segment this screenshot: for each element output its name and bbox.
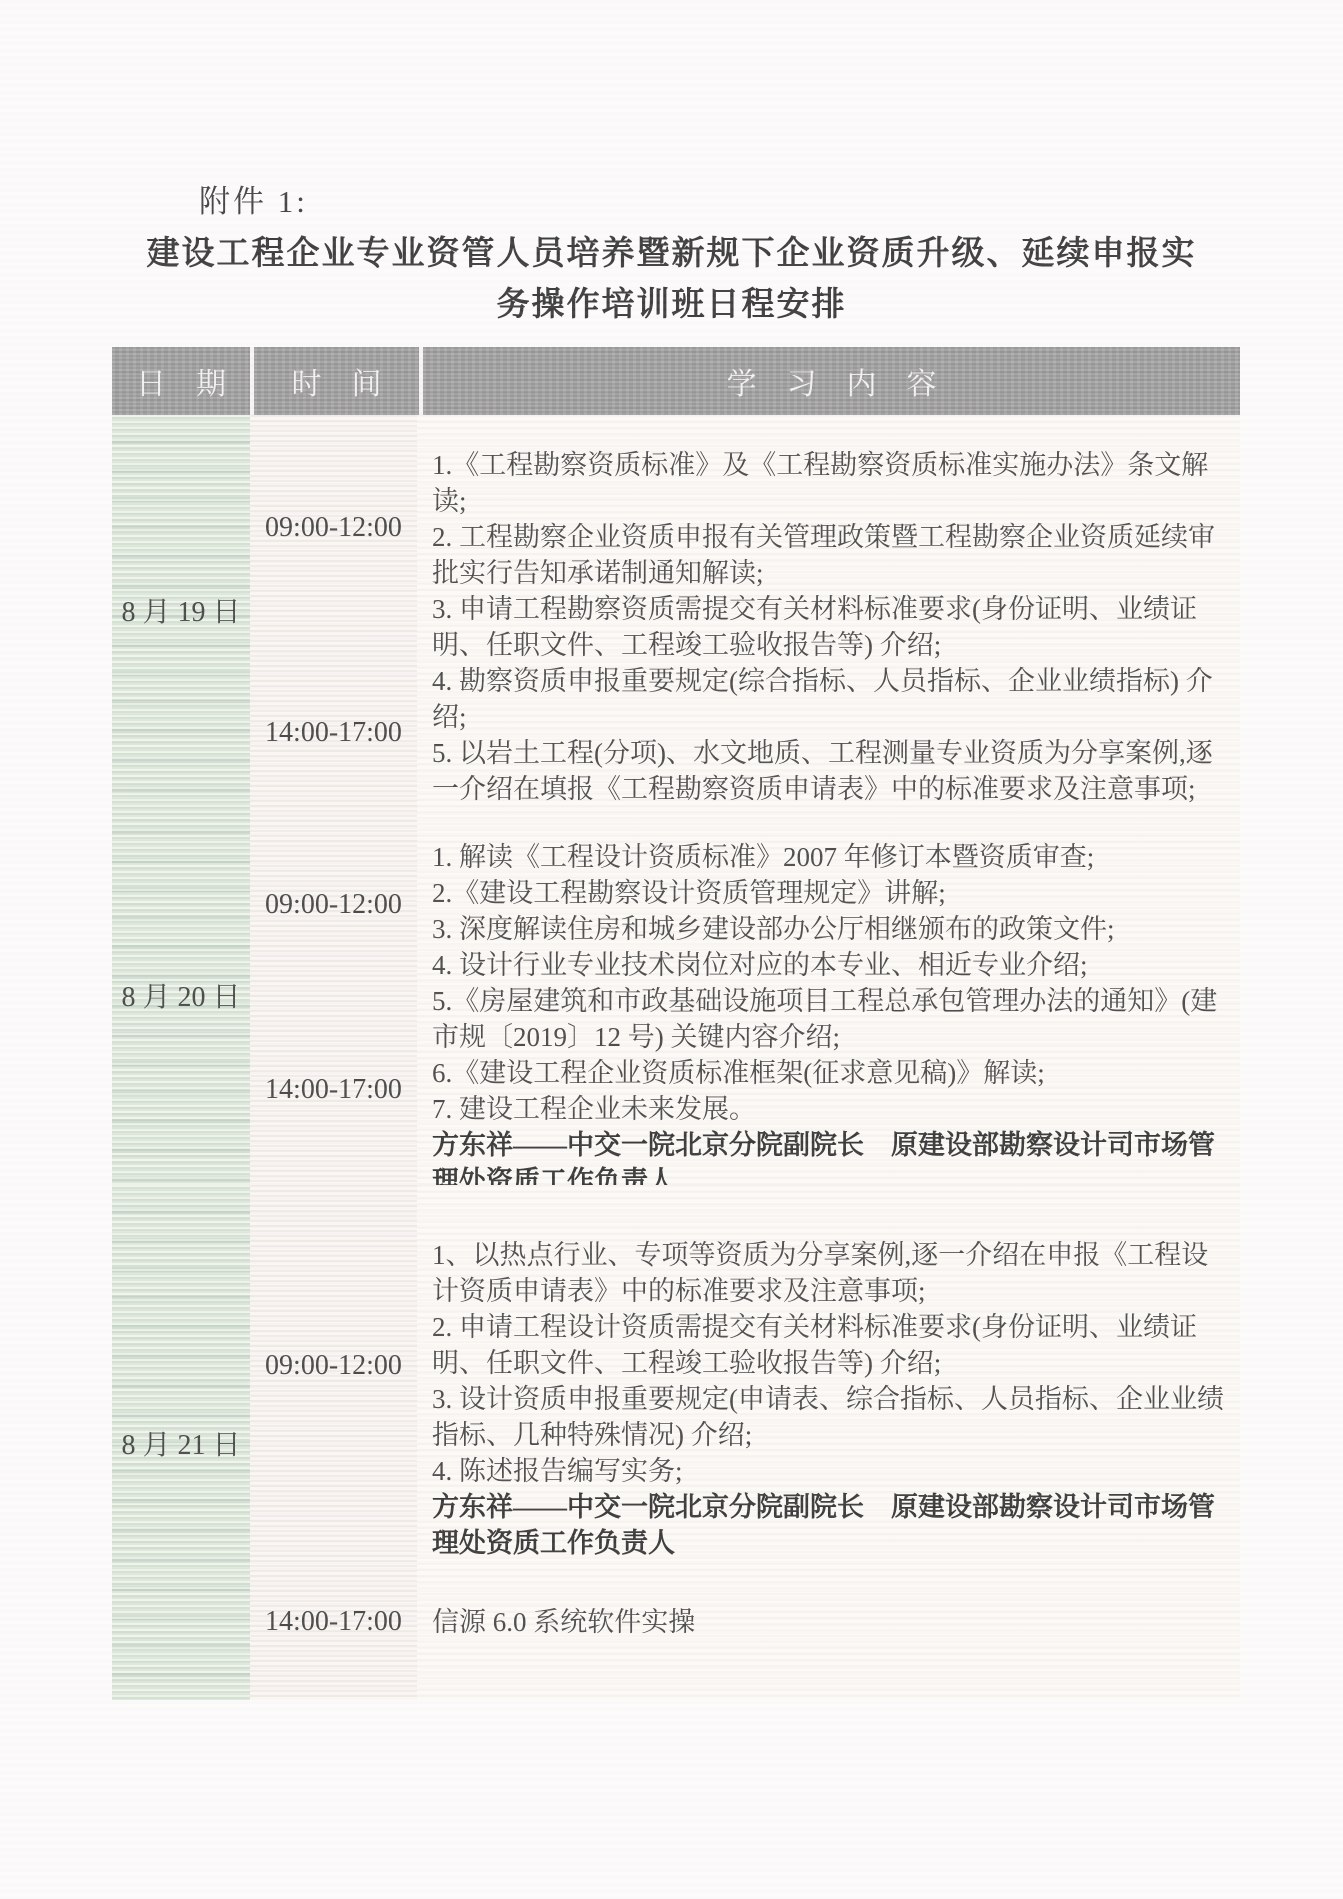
content-cell: 1.《工程勘察资质标准》及《工程勘察资质标准实施办法》条文解读; 2. 工程勘察… — [417, 415, 1240, 805]
document-title-line2: 务操作培训班日程安排 — [0, 280, 1343, 331]
schedule-table: 日 期 时 间 学 习 内 容 8 月 19 日 09:00-12:00 14:… — [112, 347, 1240, 1700]
header-cell-date: 日 期 — [112, 347, 250, 415]
content-cell: 1. 解读《工程设计资质标准》2007 年修订本暨资质审查; 2.《建设工程勘察… — [417, 805, 1240, 1185]
attachment-label: 附件 1: — [199, 176, 308, 221]
document-page: 附件 1: 建设工程企业专业资管人员培养暨新规下企业资质升级、延续申报实 务操作… — [0, 0, 1343, 1899]
time-afternoon-label: 14:00-17:00 — [250, 1072, 417, 1108]
content-item: 4. 陈述报告编写实务; — [432, 1453, 1232, 1489]
document-title-line1: 建设工程企业专业资管人员培养暨新规下企业资质升级、延续申报实 — [0, 229, 1343, 280]
time-morning-label: 09:00-12:00 — [250, 1348, 417, 1384]
table-row-aug21: 8 月 21 日 09:00-12:00 14:00-17:00 1、以热点行业… — [112, 1185, 1240, 1700]
content-item: 6.《建设工程企业资质标准框架(征求意见稿)》解读; — [432, 1055, 1232, 1091]
content-item: 1. 解读《工程设计资质标准》2007 年修订本暨资质审查; — [432, 839, 1232, 875]
content-item: 2.《建设工程勘察设计资质管理规定》讲解; — [432, 875, 1232, 911]
content-item: 4. 勘察资质申报重要规定(综合指标、人员指标、企业业绩指标) 介绍; — [432, 663, 1232, 735]
time-cell: 09:00-12:00 14:00-17:00 — [250, 1185, 417, 1700]
content-item: 1、以热点行业、专项等资质为分享案例,逐一介绍在申报《工程设计资质申请表》中的标… — [432, 1237, 1232, 1309]
date-cell: 8 月 20 日 — [112, 805, 250, 1185]
document-title: 建设工程企业专业资管人员培养暨新规下企业资质升级、延续申报实 务操作培训班日程安… — [0, 229, 1343, 331]
content-item: 2. 申请工程设计资质需提交有关材料标准要求(身份证明、业绩证明、任职文件、工程… — [432, 1309, 1232, 1381]
content-item: 5.《房屋建筑和市政基础设施项目工程总承包管理办法的通知》(建市规〔2019〕1… — [432, 983, 1232, 1055]
header-cell-time: 时 间 — [254, 347, 419, 415]
date-cell: 8 月 21 日 — [112, 1185, 250, 1700]
afternoon-activity: 信源 6.0 系统软件实操 — [432, 1604, 695, 1640]
time-cell: 09:00-12:00 14:00-17:00 — [250, 805, 417, 1185]
date-cell: 8 月 19 日 — [112, 415, 250, 805]
header-cell-content: 学 习 内 容 — [423, 347, 1240, 415]
time-afternoon-label: 14:00-17:00 — [250, 1604, 417, 1640]
date-label: 8 月 20 日 — [121, 975, 240, 1015]
content-item: 2. 工程勘察企业资质申报有关管理政策暨工程勘察企业资质延续审批实行告知承诺制通… — [432, 519, 1232, 591]
time-morning-label: 09:00-12:00 — [250, 510, 417, 546]
time-afternoon-label: 14:00-17:00 — [250, 715, 417, 751]
content-item: 3. 设计资质申报重要规定(申请表、综合指标、人员指标、企业业绩指标、几种特殊情… — [432, 1381, 1232, 1453]
table-row-aug20: 8 月 20 日 09:00-12:00 14:00-17:00 1. 解读《工… — [112, 805, 1240, 1185]
time-cell: 09:00-12:00 14:00-17:00 — [250, 415, 417, 805]
instructor-line: 方东祥——中交一院北京分院副院长 原建设部勘察设计司市场管理处资质工作负责人 — [432, 1489, 1232, 1561]
time-morning-label: 09:00-12:00 — [250, 887, 417, 923]
content-item: 1.《工程勘察资质标准》及《工程勘察资质标准实施办法》条文解读; — [432, 447, 1232, 519]
table-header-row: 日 期 时 间 学 习 内 容 — [112, 347, 1240, 415]
content-item: 5. 以岩土工程(分项)、水文地质、工程测量专业资质为分享案例,逐一介绍在填报《… — [432, 735, 1232, 807]
content-item: 3. 申请工程勘察资质需提交有关材料标准要求(身份证明、业绩证明、任职文件、工程… — [432, 591, 1232, 663]
content-item: 7. 建设工程企业未来发展。 — [432, 1091, 1232, 1127]
date-label: 8 月 19 日 — [121, 590, 240, 630]
content-cell: 1、以热点行业、专项等资质为分享案例,逐一介绍在申报《工程设计资质申请表》中的标… — [417, 1185, 1240, 1700]
content-item: 3. 深度解读住房和城乡建设部办公厅相继颁布的政策文件; — [432, 911, 1232, 947]
date-label: 8 月 21 日 — [121, 1423, 240, 1463]
content-item: 4. 设计行业专业技术岗位对应的本专业、相近专业介绍; — [432, 947, 1232, 983]
table-row-aug19: 8 月 19 日 09:00-12:00 14:00-17:00 1.《工程勘察… — [112, 415, 1240, 805]
